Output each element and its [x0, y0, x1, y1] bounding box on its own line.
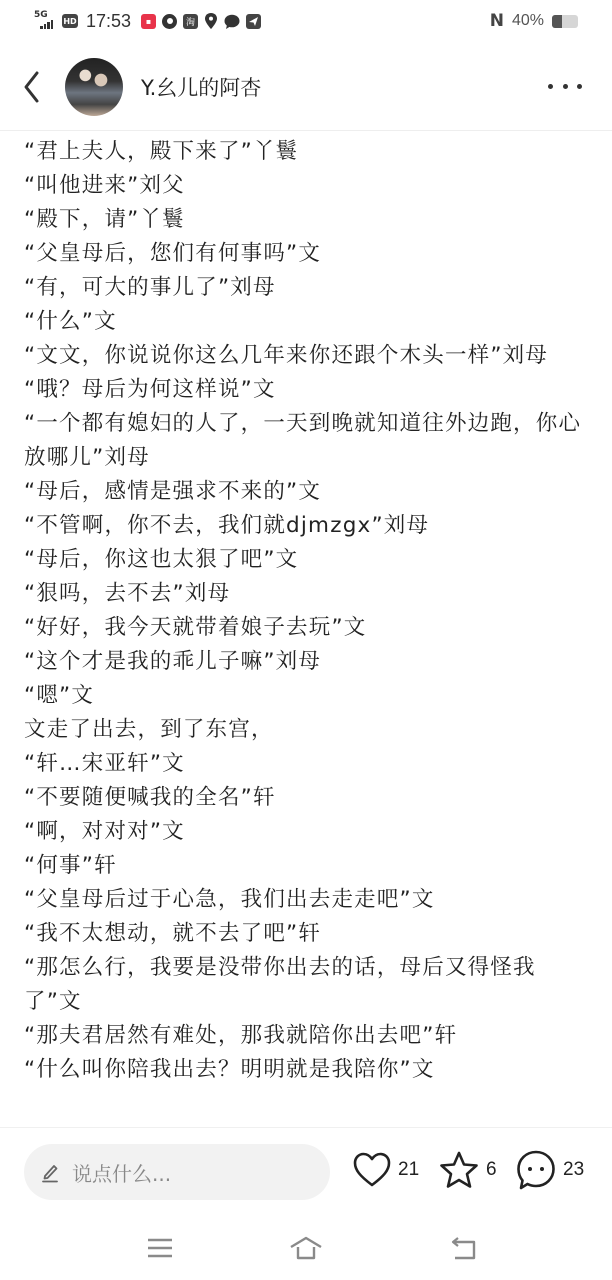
- author-name[interactable]: Y.幺儿的阿杏: [141, 72, 261, 102]
- return-arrow-icon: [446, 1233, 482, 1263]
- dot-icon: [548, 84, 553, 89]
- status-bar: 5G HD 17:53 ▪ 淘 N 40%: [0, 0, 612, 44]
- text-line: “文文，你说说你这么几年来你还跟个木头一样”刘母: [24, 339, 588, 373]
- comment-count: 23: [563, 1159, 584, 1181]
- author-avatar[interactable]: [65, 58, 123, 116]
- text-line: “母后，你这也太狠了吧”文: [24, 543, 588, 577]
- text-line: 文走了出去，到了东宫，: [24, 713, 588, 747]
- text-line: “不要随便喊我的全名”轩: [24, 781, 588, 815]
- post-body: “君上夫人，殿下来了”丫鬟 “叫他进来”刘父 “殿下，请”丫鬟 “父皇母后，您们…: [24, 135, 588, 1125]
- clock: 17:53: [86, 11, 131, 32]
- network-type-label: 5G: [34, 10, 56, 20]
- taobao-icon: 淘: [183, 14, 198, 29]
- comment-input[interactable]: 说点什么...: [24, 1144, 330, 1200]
- star-icon: [438, 1150, 480, 1190]
- more-options-button[interactable]: [548, 74, 582, 98]
- text-line: “我不太想动，就不去了吧”轩: [24, 917, 588, 951]
- battery-icon: [552, 15, 578, 28]
- battery-percent: 40%: [512, 12, 544, 30]
- text-line: “一个都有媳妇的人了，一天到晚就知道往外边跑，你心放哪儿”刘母: [24, 407, 588, 475]
- text-line: “嗯”文: [24, 679, 588, 713]
- dot-icon: [563, 84, 568, 89]
- signal-icon: 5G: [34, 10, 56, 32]
- comment-placeholder: 说点什么...: [72, 1158, 171, 1187]
- text-line: “那怎么行，我要是没带你出去的话，母后又得怪我了”文: [24, 951, 588, 1019]
- chat-bubble-app-icon: [162, 14, 177, 29]
- menu-nav-button[interactable]: [142, 1233, 178, 1263]
- nfc-icon: N: [490, 11, 504, 31]
- text-line: “轩…宋亚轩”文: [24, 747, 588, 781]
- system-nav-bar: [0, 1215, 612, 1280]
- message-icon: [224, 14, 240, 29]
- like-count: 21: [398, 1159, 419, 1181]
- text-line: “好好，我今天就带着娘子去玩”文: [24, 611, 588, 645]
- text-line: “什么”文: [24, 305, 588, 339]
- heart-icon: [352, 1151, 392, 1189]
- pencil-icon: [40, 1161, 62, 1183]
- chevron-left-icon: [18, 70, 48, 104]
- location-pin-icon: [204, 13, 218, 29]
- comment-button[interactable]: 23: [515, 1148, 584, 1192]
- text-line: “狠吗，去不去”刘母: [24, 577, 588, 611]
- text-line: “那夫君居然有难处，那我就陪你出去吧”轩: [24, 1019, 588, 1053]
- news-app-icon: ▪: [141, 14, 156, 29]
- comment-bubble-icon: [515, 1149, 557, 1191]
- status-bar-right: N 40%: [490, 8, 578, 34]
- post-header: Y.幺儿的阿杏: [0, 44, 612, 131]
- text-line: “君上夫人，殿下来了”丫鬟: [24, 135, 588, 169]
- favorite-count: 6: [486, 1159, 497, 1181]
- hd-voice-icon: HD: [62, 14, 78, 28]
- text-line: “殿下，请”丫鬟: [24, 203, 588, 237]
- text-line: “不管啊，你不去，我们就djmzgx”刘母: [24, 509, 588, 543]
- text-line: “啊，对对对”文: [24, 815, 588, 849]
- text-line: “何事”轩: [24, 849, 588, 883]
- back-button[interactable]: [18, 70, 48, 104]
- bottom-action-bar: 说点什么... 21 6 23: [0, 1127, 612, 1216]
- text-line: “有，可大的事儿了”刘母: [24, 271, 588, 305]
- favorite-button[interactable]: 6: [438, 1148, 497, 1192]
- text-line: “叫他进来”刘父: [24, 169, 588, 203]
- hamburger-icon: [142, 1233, 178, 1263]
- home-nav-button[interactable]: [288, 1233, 324, 1263]
- send-icon: [246, 14, 261, 29]
- status-bar-left: 5G HD 17:53 ▪ 淘: [34, 8, 261, 34]
- text-line: “这个才是我的乖儿子嘛”刘母: [24, 645, 588, 679]
- dot-icon: [577, 84, 582, 89]
- text-line: “父皇母后，您们有何事吗”文: [24, 237, 588, 271]
- text-line: “父皇母后过于心急，我们出去走走吧”文: [24, 883, 588, 917]
- text-line: “什么叫你陪我出去？明明就是我陪你”文: [24, 1053, 588, 1087]
- back-nav-button[interactable]: [446, 1233, 482, 1263]
- text-line: “母后，感情是强求不来的”文: [24, 475, 588, 509]
- like-button[interactable]: 21: [352, 1148, 419, 1192]
- home-icon: [288, 1233, 324, 1263]
- text-line: “哦？母后为何这样说”文: [24, 373, 588, 407]
